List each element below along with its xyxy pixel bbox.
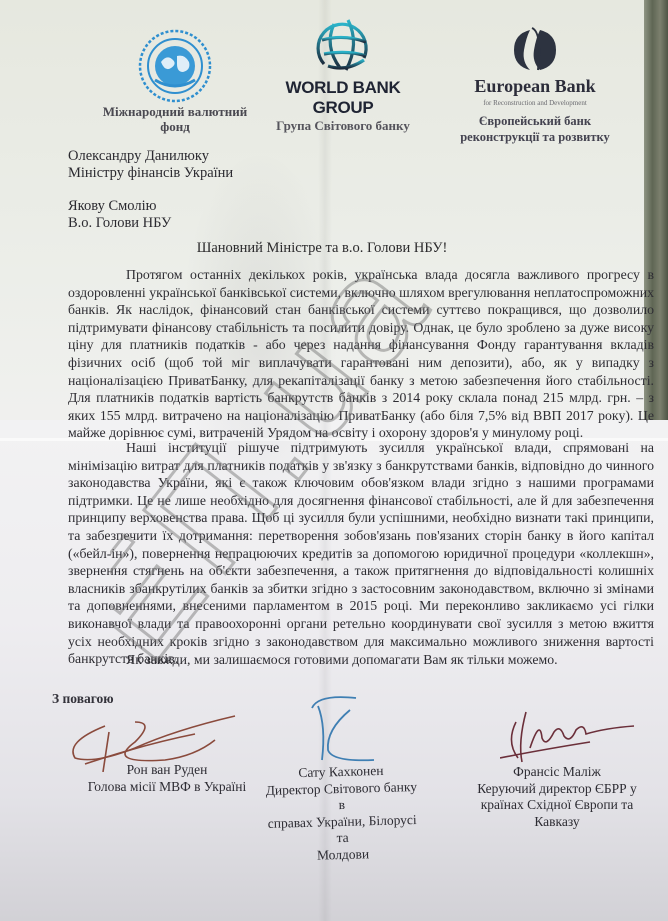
closing: З повагою xyxy=(52,691,114,707)
wbg-title: WORLD BANK GROUP xyxy=(258,78,428,118)
ebrd-header: European Bank for Reconstruction and Dev… xyxy=(440,26,630,145)
signatory-title-line: справах України, Білорусі та xyxy=(262,811,423,848)
paragraph-text: Протягом останніх декількох років, украї… xyxy=(68,266,654,442)
signatory-ebrd: Франсіс Маліж Керуючий директор ЄБРР у к… xyxy=(462,764,652,830)
addressee-name: Якову Смолію xyxy=(68,198,171,215)
signatory-name: Франсіс Маліж xyxy=(462,764,652,781)
signatory-title-line: країнах Східної Європи та xyxy=(462,797,652,814)
signatory-title-line: Кавказу xyxy=(462,814,652,831)
wbg-header: WORLD BANK GROUP Група Світового банку xyxy=(258,14,428,134)
signatory-world-bank: Сату Кахконен Директор Світового банку в… xyxy=(261,762,424,865)
imf-caption-line1: Міжнародний валютний xyxy=(90,104,260,119)
addressee-2: Якову Смолію В.о. Голови НБУ xyxy=(68,198,171,232)
signatory-imf: Рон ван Руден Голова місії МВФ в Україні xyxy=(72,762,262,795)
world-bank-globe-icon xyxy=(314,14,372,76)
ebrd-tagline: for Reconstruction and Development xyxy=(440,99,630,107)
imf-header: Міжнародний валютний фонд xyxy=(90,28,260,134)
salutation: Шановний Міністре та в.о. Голови НБУ! xyxy=(0,240,644,257)
addressee-name: Олександру Данилюку xyxy=(68,148,233,165)
letter-paragraph-2: Наші інституції рішуче підтримують зусил… xyxy=(68,439,654,668)
ebrd-caption-line2: реконструкції та розвитку xyxy=(440,129,630,145)
ebrd-caption-line1: Європейський банк xyxy=(440,113,630,129)
signatory-title-line: Директор Світового банку в xyxy=(261,778,422,815)
paragraph-text: Як завжди, ми залишаємося готовими допом… xyxy=(68,651,654,669)
addressee-title: Міністру фінансів України xyxy=(68,165,233,182)
wbg-subtitle: Група Світового банку xyxy=(258,118,428,134)
addressee-title: В.о. Голови НБУ xyxy=(68,215,171,232)
signatory-title-line: Голова місії МВФ в Україні xyxy=(72,779,262,796)
letter-paragraph-3: Як завжди, ми залишаємося готовими допом… xyxy=(68,651,654,669)
paragraph-text: Наші інституції рішуче підтримують зусил… xyxy=(68,439,654,668)
imf-seal-icon xyxy=(137,28,213,104)
signatory-name: Рон ван Руден xyxy=(72,762,262,779)
signature-ebrd xyxy=(500,708,650,768)
imf-caption-line2: фонд xyxy=(90,119,260,134)
signature-world-bank xyxy=(300,690,390,765)
letter-paragraph-1: Протягом останніх декількох років, украї… xyxy=(68,266,654,442)
ebrd-logo-icon xyxy=(510,26,560,72)
addressee-1: Олександру Данилюку Міністру фінансів Ук… xyxy=(68,148,233,182)
signatory-title-line: Керуючий директор ЄБРР у xyxy=(462,781,652,798)
ebrd-title: European Bank xyxy=(440,76,630,97)
